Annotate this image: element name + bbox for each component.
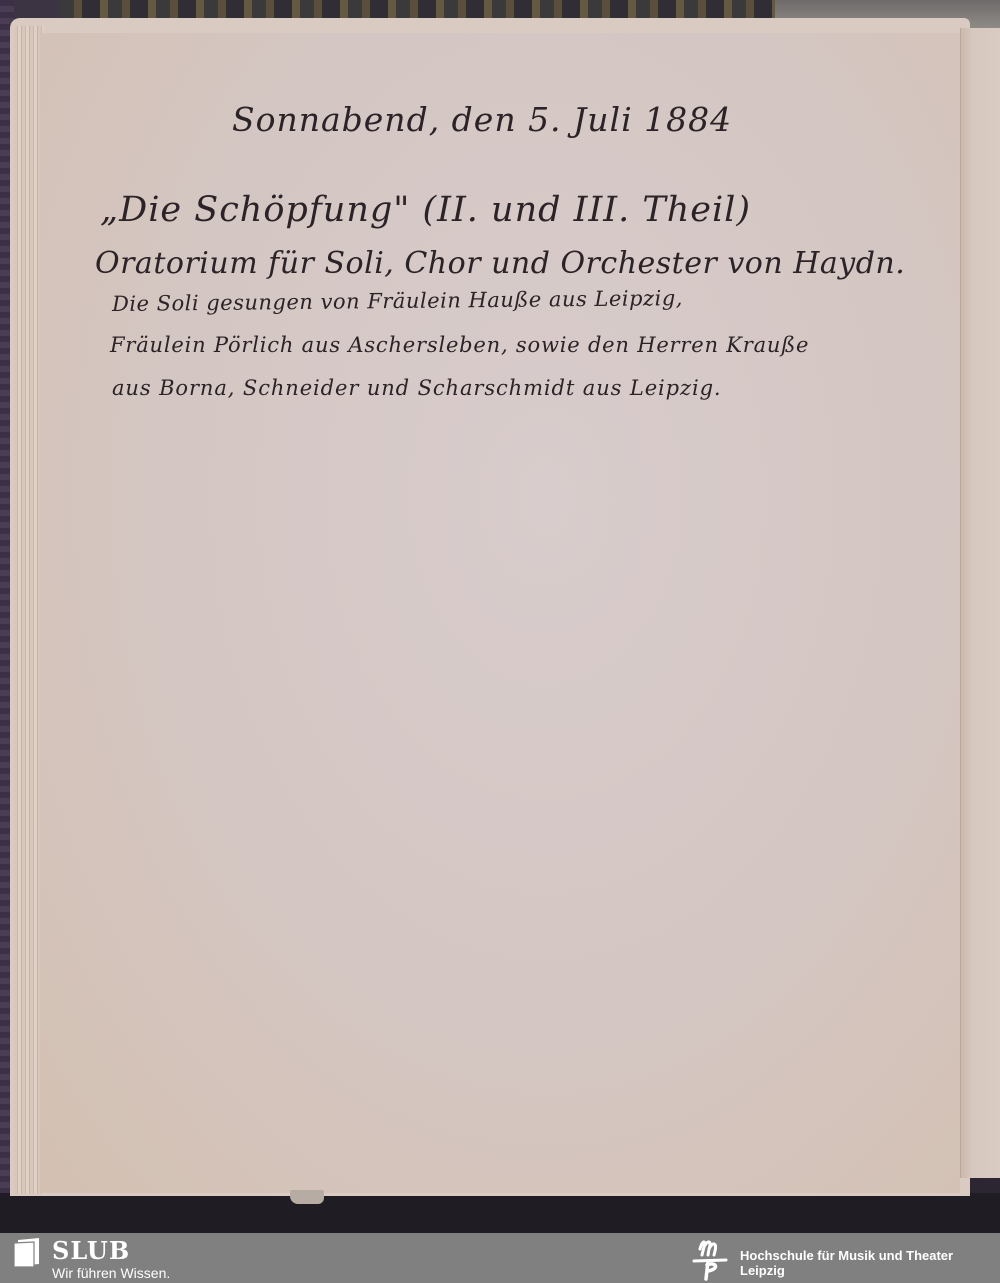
- hmt-monogram-icon: [690, 1235, 734, 1281]
- manuscript-scan: Sonnabend, den 5. Juli 1884 „Die Schöpfu…: [0, 0, 1000, 1233]
- soloists-line-3: aus Borna, Schneider und Scharschmidt au…: [112, 376, 722, 400]
- scan-background: [0, 1193, 1000, 1233]
- paper-scrap: [290, 1190, 324, 1204]
- book-pages-icon: [12, 1237, 42, 1267]
- work-title: „Die Schöpfung" (II. und III. Theil): [100, 190, 751, 230]
- slub-name: SLUB: [52, 1237, 130, 1265]
- hmt-name: Hochschule für Musik und Theater Leipzig: [740, 1248, 1000, 1278]
- slub-tagline: Wir führen Wissen.: [52, 1265, 170, 1281]
- work-description: Oratorium für Soli, Chor und Orchester v…: [95, 246, 905, 281]
- concert-date: Sonnabend, den 5. Juli 1884: [232, 100, 732, 139]
- footer-bar: SLUB Wir führen Wissen. Hochschule für M…: [0, 1233, 1000, 1283]
- adjacent-page-edge: [960, 28, 1000, 1178]
- soloists-line-2: Fräulein Pörlich aus Aschersleben, sowie…: [110, 333, 809, 357]
